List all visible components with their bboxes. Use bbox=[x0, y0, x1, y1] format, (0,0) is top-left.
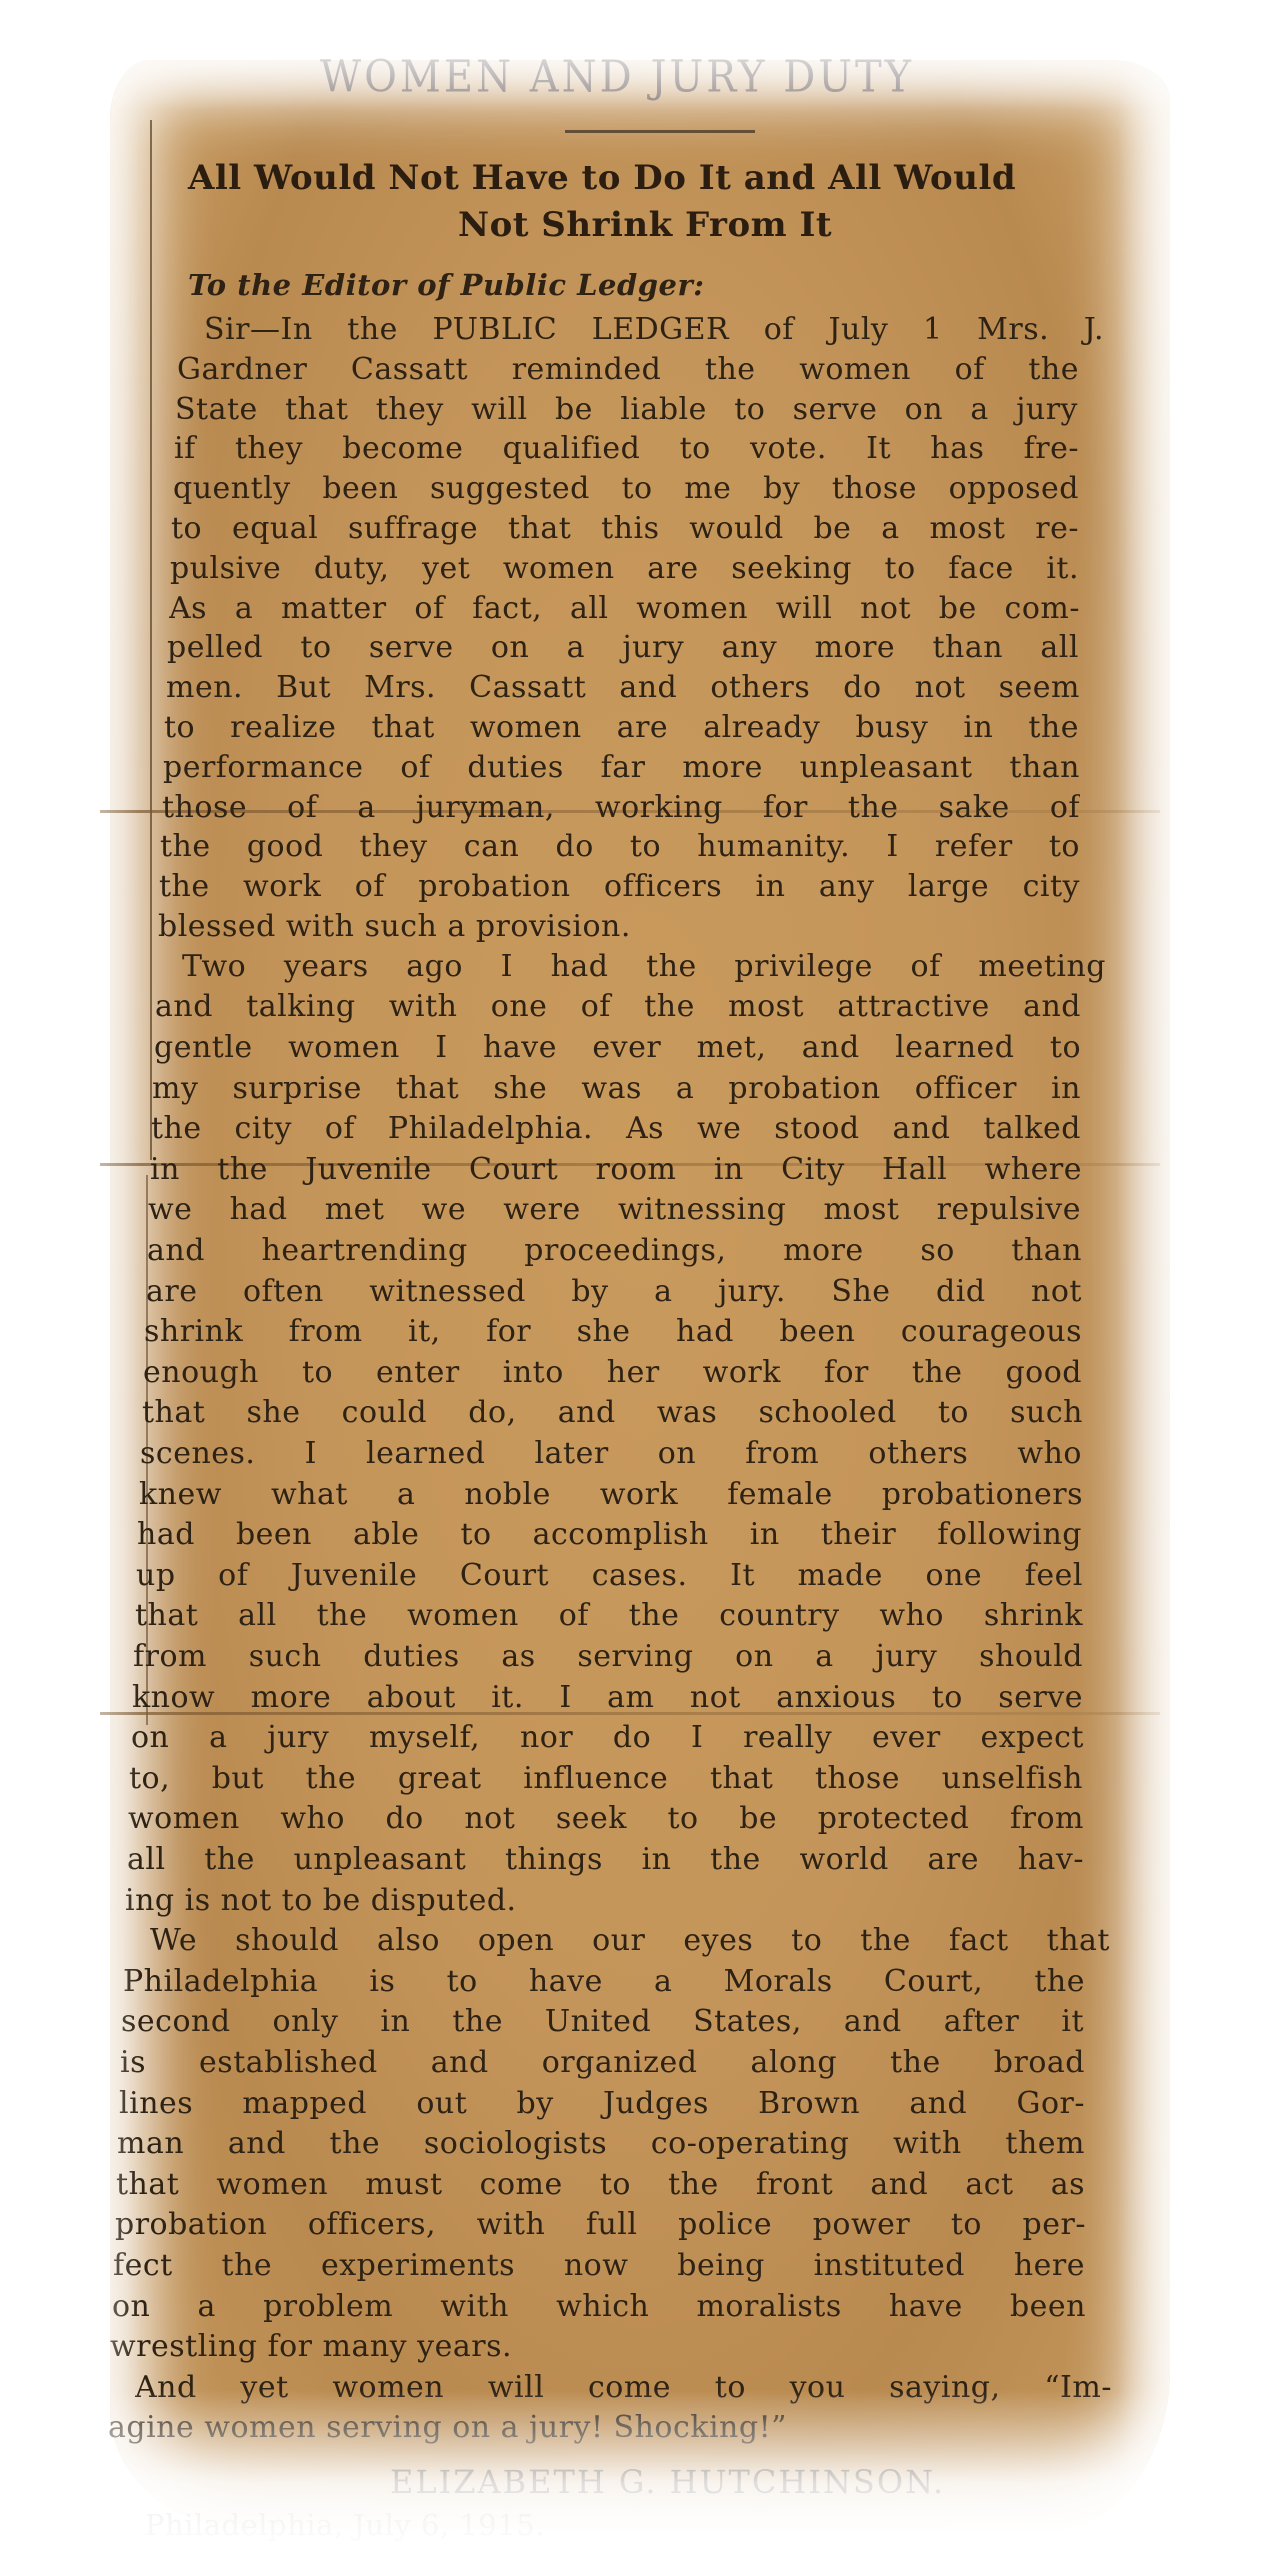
letter-line: man and the sociologists co-operating wi… bbox=[117, 2126, 1085, 2166]
letter-line: Philadelphia is to have a Morals Court, … bbox=[123, 1964, 1085, 2004]
letter-line: the work of probation officers in any la… bbox=[159, 869, 1080, 909]
letter-line: from such duties as serving on a jury sh… bbox=[133, 1639, 1083, 1679]
letter-line: we had met we were witnessing most repul… bbox=[148, 1192, 1081, 1232]
letter-line: women who do not seek to be protected fr… bbox=[128, 1801, 1084, 1841]
letter-line: that all the women of the country who sh… bbox=[135, 1598, 1083, 1638]
column-rule-upper bbox=[150, 120, 152, 1160]
letter-line: lines mapped out by Judges Brown and Gor… bbox=[119, 2086, 1085, 2126]
vignette-top bbox=[0, 0, 1268, 110]
letter-line: to realize that women are already busy i… bbox=[164, 710, 1079, 750]
letter-line: Two years ago I had the privilege of mee… bbox=[182, 949, 1106, 989]
letter-line: performance of duties far more unpleasan… bbox=[163, 750, 1080, 790]
letter-line: and talking with one of the most attract… bbox=[155, 989, 1081, 1029]
letter-line: to, but the great influence that those u… bbox=[129, 1761, 1083, 1801]
letter-line: probation officers, with full police pow… bbox=[115, 2207, 1086, 2247]
letter-line: men. But Mrs. Cassatt and others do not … bbox=[166, 670, 1080, 710]
letter-line: blessed with such a provision. bbox=[158, 909, 1081, 949]
letter-line: We should also open our eyes to the fact… bbox=[150, 1923, 1110, 1963]
letter-line: the good they can do to humanity. I refe… bbox=[160, 829, 1080, 869]
letter-line: scenes. I learned later on from others w… bbox=[140, 1436, 1082, 1476]
vignette-right bbox=[1118, 0, 1268, 2560]
letter-line: those of a juryman, working for the sake… bbox=[162, 790, 1080, 830]
letter-line: As a matter of fact, all women will not … bbox=[169, 591, 1080, 631]
letter-line: gentle women I have ever met, and learne… bbox=[154, 1030, 1081, 1070]
letter-line: in the Juvenile Court room in City Hall … bbox=[150, 1152, 1082, 1192]
letter-line: pulsive duty, yet women are seeking to f… bbox=[170, 551, 1079, 591]
letter-line: know more about it. I am not anxious to … bbox=[132, 1680, 1083, 1720]
headline-line-1: All Would Not Have to Do It and All Woul… bbox=[188, 158, 1016, 198]
letter-line: Gardner Cassatt reminded the women of th… bbox=[177, 352, 1079, 392]
salutation: To the Editor of Public Ledger: bbox=[188, 268, 704, 302]
vignette-bottom bbox=[0, 2390, 1268, 2560]
letter-line: shrink from it, for she had been courage… bbox=[144, 1314, 1082, 1354]
letter-line: pelled to serve on a jury any more than … bbox=[167, 630, 1079, 670]
letter-line: knew what a noble work female probatione… bbox=[139, 1477, 1083, 1517]
letter-line: enough to enter into her work for the go… bbox=[143, 1355, 1082, 1395]
letter-line: second only in the United States, and af… bbox=[121, 2004, 1084, 2044]
letter-line: up of Juvenile Court cases. It made one … bbox=[136, 1558, 1083, 1598]
letter-line: to equal suffrage that this would be a m… bbox=[171, 511, 1079, 551]
letter-line: is established and organized along the b… bbox=[120, 2045, 1085, 2085]
headline-line-2: Not Shrink From It bbox=[458, 205, 832, 245]
letter-line: on a jury myself, nor do I really ever e… bbox=[131, 1720, 1084, 1760]
letter-line: had been able to accomplish in their fol… bbox=[137, 1517, 1082, 1557]
letter-line: if they become qualified to vote. It has… bbox=[174, 431, 1079, 471]
letter-line: fect the experiments now being institute… bbox=[113, 2248, 1085, 2288]
letter-line: are often witnessed by a jury. She did n… bbox=[146, 1274, 1082, 1314]
letter-line: ing is not to be disputed. bbox=[125, 1883, 1084, 1923]
letter-line: my surprise that she was a probation off… bbox=[152, 1071, 1081, 1111]
heading-rule bbox=[565, 130, 755, 133]
letter-line: wrestling for many years. bbox=[110, 2329, 1085, 2369]
letter-line: State that they will be liable to serve … bbox=[175, 392, 1078, 432]
letter-line: the city of Philadelphia. As we stood an… bbox=[151, 1111, 1081, 1151]
letter-line: quently been suggested to me by those op… bbox=[173, 471, 1079, 511]
letter-line: on a problem with which moralists have b… bbox=[112, 2289, 1086, 2329]
letter-line: that she could do, and was schooled to s… bbox=[142, 1395, 1083, 1435]
letter-line: that women must come to the front and ac… bbox=[116, 2167, 1085, 2207]
letter-line: all the unpleasant things in the world a… bbox=[127, 1842, 1084, 1882]
letter-line: Sir—In the PUBLIC LEDGER of July 1 Mrs. … bbox=[204, 312, 1104, 352]
vignette-left bbox=[0, 0, 140, 2560]
letter-line: and heartrending proceedings, more so th… bbox=[147, 1233, 1082, 1273]
